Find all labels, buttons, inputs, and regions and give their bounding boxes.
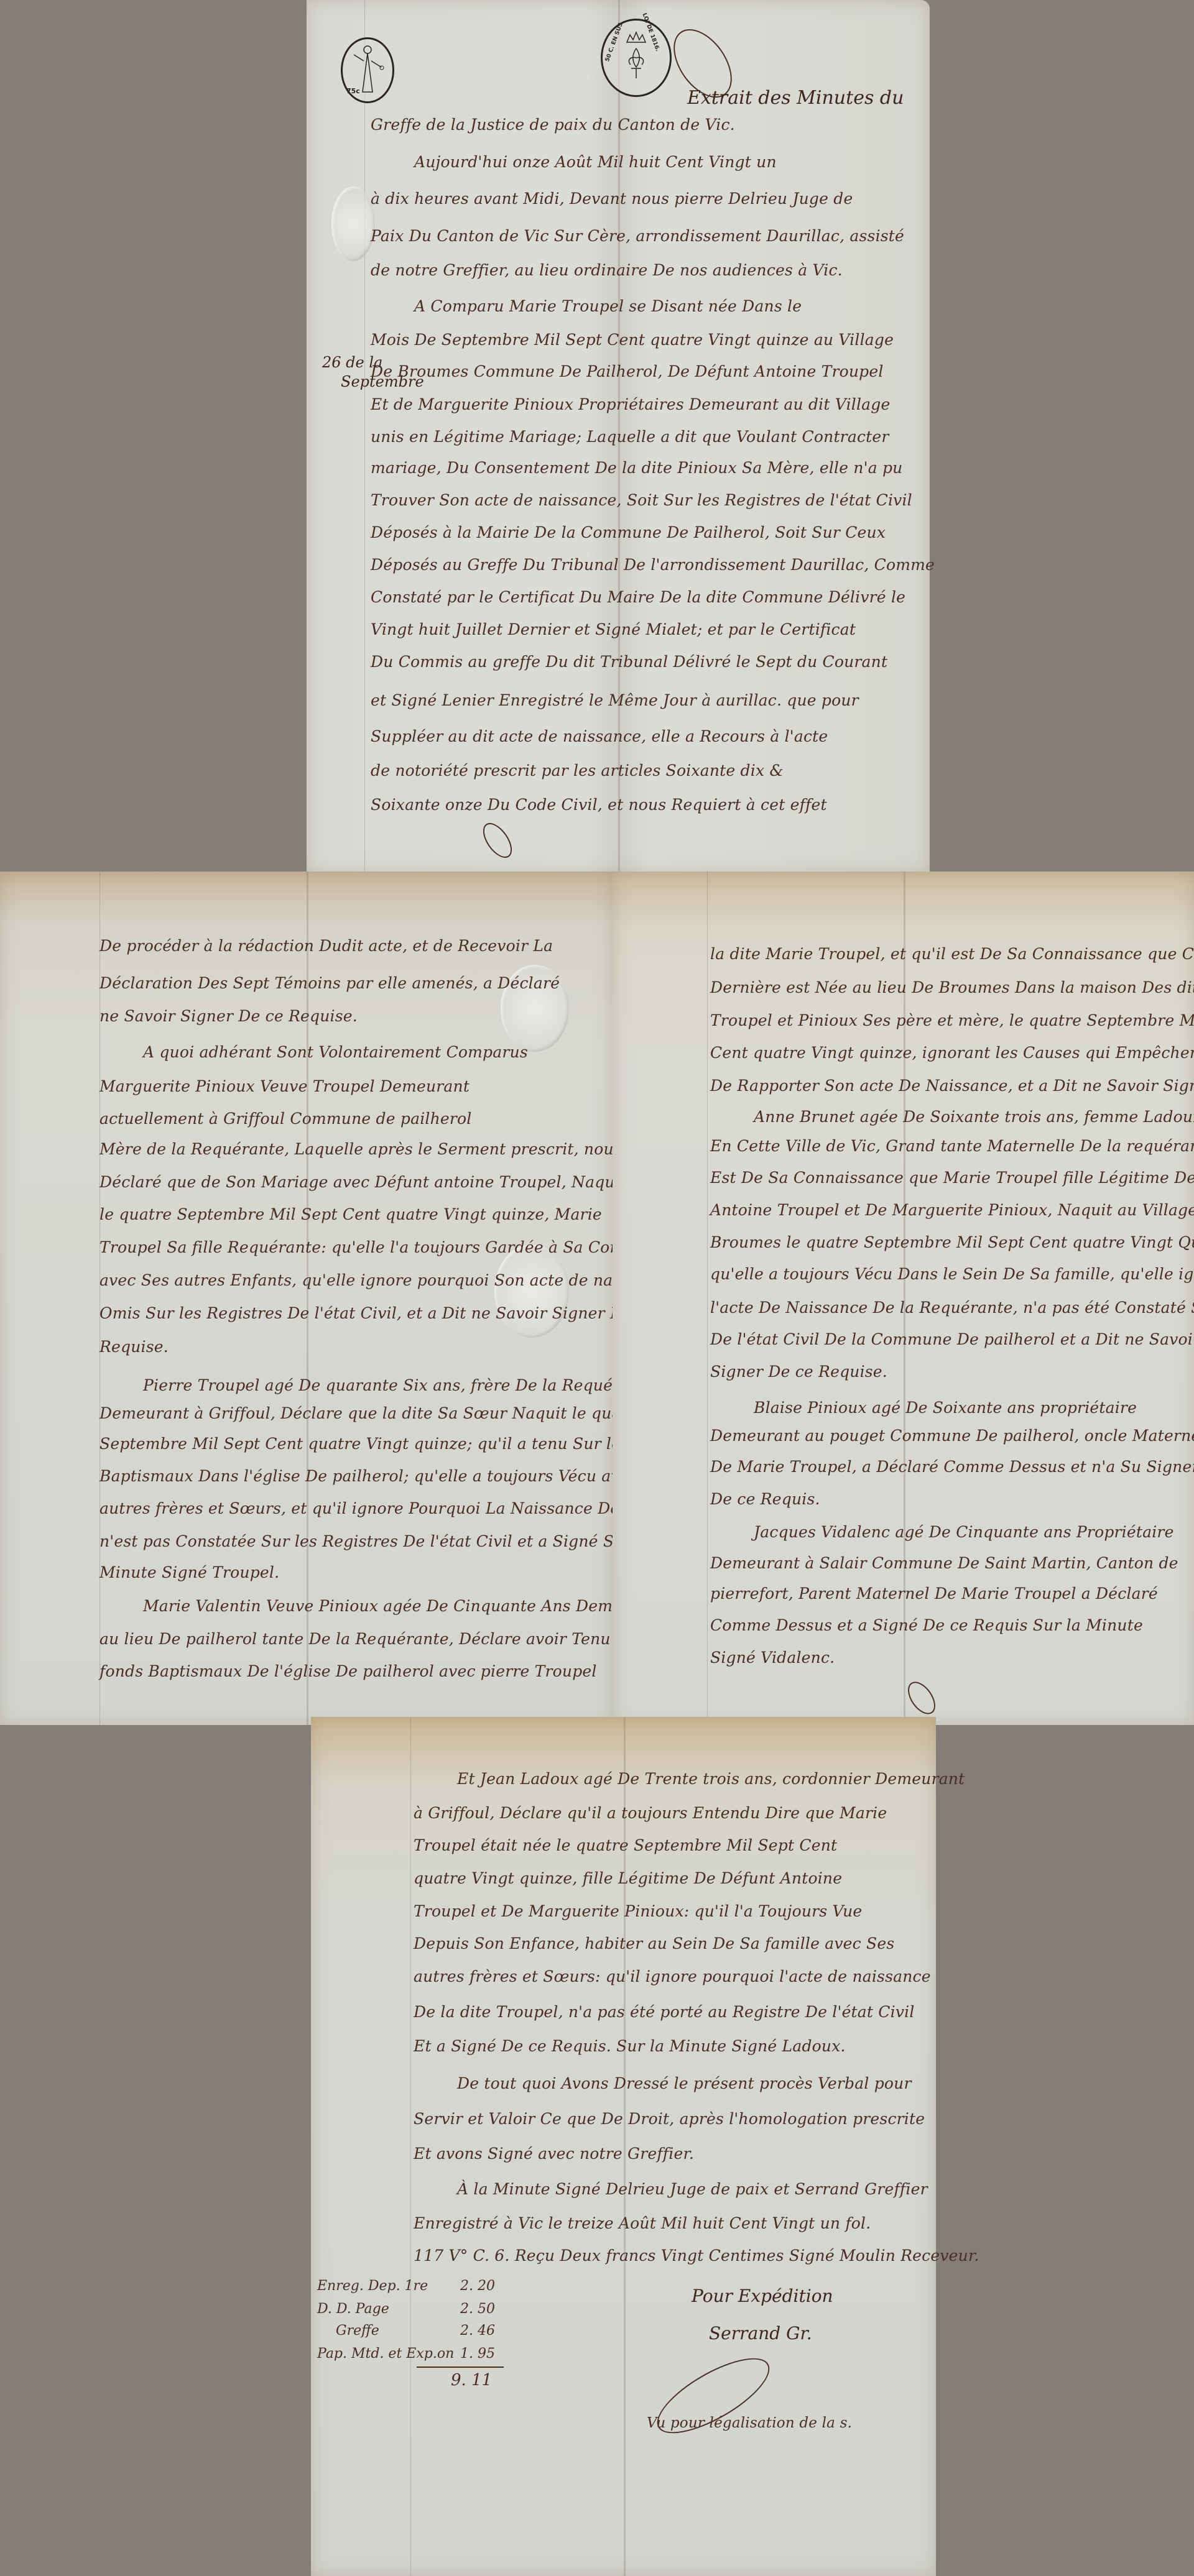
text-line: De l'état Civil De la Commune De pailher… — [710, 1330, 1194, 1348]
text-line: Déclaré que de Son Mariage avec Défunt a… — [99, 1173, 626, 1191]
text-line: Mère de la Requérante, Laquelle après le… — [99, 1140, 636, 1158]
text-line: Pierre Troupel agé De quarante Six ans, … — [99, 1376, 655, 1394]
text-line: De procéder à la rédaction Dudit acte, e… — [99, 937, 553, 955]
text-line: Signé Vidalenc. — [710, 1649, 835, 1667]
text-line: Depuis Son Enfance, habiter au Sein De S… — [414, 1934, 894, 1953]
text-line: au lieu De pailherol tante De la Requéra… — [99, 1630, 672, 1648]
fee-label: Greffe — [317, 2323, 379, 2339]
text-line: Greffe de la Justice de paix du Canton d… — [371, 116, 735, 134]
text-line: De Marie Troupel, a Déclaré Comme Dessus… — [710, 1458, 1194, 1476]
text-line: 117 V° C. 6. Reçu Deux francs Vingt Cent… — [414, 2247, 979, 2265]
margin-rule — [410, 1717, 411, 2576]
text-line: Omis Sur les Registres De l'état Civil, … — [99, 1304, 655, 1322]
text-line: pierrefort, Parent Maternel De Marie Tro… — [710, 1585, 1158, 1603]
text-line: Du Commis au greffe Du dit Tribunal Déli… — [371, 653, 887, 671]
text-line: actuellement à Griffoul Commune de pailh… — [99, 1110, 471, 1128]
text-line: Jacques Vidalenc agé De Cinquante ans Pr… — [710, 1523, 1174, 1541]
text-line: Paix Du Canton de Vic Sur Cère, arrondis… — [371, 227, 904, 245]
text-line: le quatre Septembre Mil Sept Cent quatre… — [99, 1205, 602, 1223]
text-line: Et de Marguerite Pinioux Propriétaires D… — [371, 395, 890, 413]
end-flourish-icon — [902, 1677, 941, 1719]
text-line: Marie Valentin Veuve Pinioux agée De Cin… — [99, 1597, 665, 1615]
margin-rule — [364, 0, 365, 873]
signature-flourish-icon — [647, 2344, 780, 2447]
text-line: Et Jean Ladoux agé De Trente trois ans, … — [414, 1770, 965, 1788]
fee-label: Enreg. Dep. 1re — [317, 2278, 428, 2294]
text-line: Suppléer au dit acte de naissance, elle … — [371, 727, 828, 745]
text-line: l'acte De Naissance De la Requérante, n'… — [710, 1299, 1194, 1317]
document-page-2: De procéder à la rédaction Dudit acte, e… — [0, 872, 613, 1725]
document-page-1: 75c LOI DE 1816. 50 C. EN SUS Extrait de… — [307, 0, 930, 873]
text-line: de notre Greffier, au lieu ordinaire De … — [371, 261, 843, 279]
text-line: quatre Vingt quinze, fille Légitime De D… — [414, 1869, 842, 1887]
text-line: Comme Dessus et a Signé De ce Requis Sur… — [710, 1616, 1143, 1634]
margin-rule — [707, 872, 708, 1725]
text-line: Et avons Signé avec notre Greffier. — [414, 2145, 694, 2163]
text-line: mariage, Du Consentement De la dite Pini… — [371, 459, 903, 477]
text-line: Troupel était née le quatre Septembre Mi… — [414, 1836, 837, 1854]
text-line: à Griffoul, Déclare qu'il a toujours Ent… — [414, 1804, 887, 1822]
stamp-value: 75c — [346, 87, 360, 95]
text-line: Cent quatre Vingt quinze, ignorant les C… — [710, 1044, 1194, 1062]
text-line: la dite Marie Troupel, et qu'il est De S… — [710, 945, 1194, 963]
fee-amount: 2. 46 — [460, 2323, 495, 2339]
text-line: Vingt huit Juillet Dernier et Signé Mial… — [371, 620, 856, 638]
fee-total-rule — [417, 2367, 504, 2368]
text-line: En Cette Ville de Vic, Grand tante Mater… — [710, 1137, 1194, 1155]
text-line: Requise. — [99, 1338, 169, 1356]
closing-formula: Pour Expédition — [692, 2286, 833, 2306]
text-line: De Broumes Commune De Pailherol, De Défu… — [371, 362, 884, 380]
text-line: Marguerite Pinioux Veuve Troupel Demeura… — [99, 1077, 470, 1095]
text-line: Signer De ce Requise. — [710, 1363, 887, 1381]
text-line: Broumes le quatre Septembre Mil Sept Cen… — [710, 1233, 1194, 1251]
fee-label: D. D. Page — [317, 2301, 389, 2317]
text-line: Troupel et De Marguerite Pinioux: qu'il … — [414, 1902, 862, 1920]
text-line: Minute Signé Troupel. — [99, 1563, 279, 1581]
fee-row: Greffe 2. 46 — [317, 2323, 379, 2339]
document-page-4: Et Jean Ladoux agé De Trente trois ans, … — [311, 1717, 936, 2576]
legalisation-note: Vu pour légalisation de la s. — [647, 2415, 852, 2431]
text-line: Antoine Troupel et De Marguerite Pinioux… — [710, 1201, 1194, 1219]
text-line: Soixante onze Du Code Civil, et nous Req… — [371, 796, 827, 814]
text-line: Anne Brunet agée De Soixante trois ans, … — [710, 1108, 1194, 1126]
fee-amount: 1. 95 — [460, 2346, 495, 2362]
greffier-signature: Serrand Gr. — [709, 2323, 812, 2344]
fee-row: Enreg. Dep. 1re 2. 20 — [317, 2278, 428, 2294]
text-line: Constaté par le Certificat Du Maire De l… — [371, 588, 905, 606]
embossed-seal — [494, 1244, 569, 1338]
text-line: ne Savoir Signer De ce Requise. — [99, 1007, 358, 1025]
text-line: Trouver Son acte de naissance, Soit Sur … — [371, 491, 912, 509]
text-line: Déposés au Greffe Du Tribunal De l'arron… — [371, 556, 935, 574]
text-line: à dix heures avant Midi, Devant nous pie… — [371, 190, 853, 208]
text-line: autres frères et Sœurs: qu'il ignore pou… — [414, 1967, 931, 1985]
text-line: Aujourd'hui onze Août Mil huit Cent Ving… — [371, 153, 777, 171]
end-flourish-icon — [478, 818, 518, 863]
text-line: autres frères et Sœurs, et qu'il ignore … — [99, 1499, 694, 1517]
text-line: Et a Signé De ce Requis. Sur la Minute S… — [414, 2037, 846, 2055]
tax-stamp-75c: 75c — [341, 37, 394, 103]
fee-amount: 2. 20 — [460, 2278, 495, 2294]
text-line: Est De Sa Connaissance que Marie Troupel… — [710, 1169, 1194, 1187]
text-line: De tout quoi Avons Dressé le présent pro… — [414, 2074, 912, 2092]
text-line: Troupel et Pinioux Ses père et mère, le … — [710, 1011, 1194, 1029]
text-line: de notoriété prescrit par les articles S… — [371, 761, 784, 780]
text-line: Demeurant à Salair Commune De Saint Mart… — [710, 1554, 1178, 1572]
text-line: n'est pas Constatée Sur les Registres De… — [99, 1532, 651, 1550]
embossed-seal — [331, 186, 375, 261]
text-line: De Rapporter Son acte De Naissance, et a… — [710, 1077, 1194, 1095]
text-line: et Signé Lenier Enregistré le Même Jour … — [371, 691, 859, 709]
fee-row: Pap. Mtd. et Exp.on 1. 95 — [317, 2346, 454, 2362]
text-line: De ce Requis. — [710, 1490, 820, 1508]
fee-amount: 2. 50 — [460, 2301, 495, 2317]
document-page-3: la dite Marie Troupel, et qu'il est De S… — [613, 872, 1194, 1725]
text-line: Demeurant au pouget Commune De pailherol… — [710, 1427, 1194, 1445]
text-line: Déposés à la Mairie De la Commune De Pai… — [371, 523, 886, 541]
text-line: A Comparu Marie Troupel se Disant née Da… — [371, 297, 802, 315]
text-line: fonds Baptismaux De l'église De pailhero… — [99, 1662, 597, 1680]
text-line: Dernière est Née au lieu De Broumes Dans… — [710, 978, 1194, 996]
text-line: Enregistré à Vic le treize Août Mil huit… — [414, 2214, 871, 2232]
tax-stamp-50c: LOI DE 1816. 50 C. EN SUS — [601, 19, 672, 97]
fee-label: Pap. Mtd. et Exp.on — [317, 2346, 454, 2362]
fee-row: D. D. Page 2. 50 — [317, 2301, 389, 2317]
text-line: unis en Légitime Mariage; Laquelle a dit… — [371, 428, 889, 446]
text-line: De la dite Troupel, n'a pas été porté au… — [414, 2003, 915, 2021]
text-line: Déclaration Des Sept Témoins par elle am… — [99, 974, 560, 992]
text-line: Mois De Septembre Mil Sept Cent quatre V… — [371, 331, 894, 349]
text-line: qu'elle a toujours Vécu Dans le Sein De … — [710, 1265, 1194, 1283]
text-line: Servir et Valoir Ce que De Droit, après … — [414, 2110, 925, 2128]
text-line: À la Minute Signé Delrieu Juge de paix e… — [414, 2180, 928, 2198]
text-line: Demeurant à Griffoul, Déclare que la dit… — [99, 1404, 644, 1422]
document-heading: Extrait des Minutes du — [687, 87, 904, 109]
fee-total-amount: 9. 11 — [451, 2371, 492, 2390]
text-line: Troupel Sa fille Requérante: qu'elle l'a… — [99, 1238, 678, 1256]
text-line: Blaise Pinioux agé De Soixante ans propr… — [710, 1399, 1137, 1417]
text-line: A quoi adhérant Sont Volontairement Comp… — [99, 1043, 528, 1061]
text-line: Septembre Mil Sept Cent quatre Vingt qui… — [99, 1435, 678, 1453]
text-line: Baptismaux Dans l'église De pailherol; q… — [99, 1467, 665, 1485]
